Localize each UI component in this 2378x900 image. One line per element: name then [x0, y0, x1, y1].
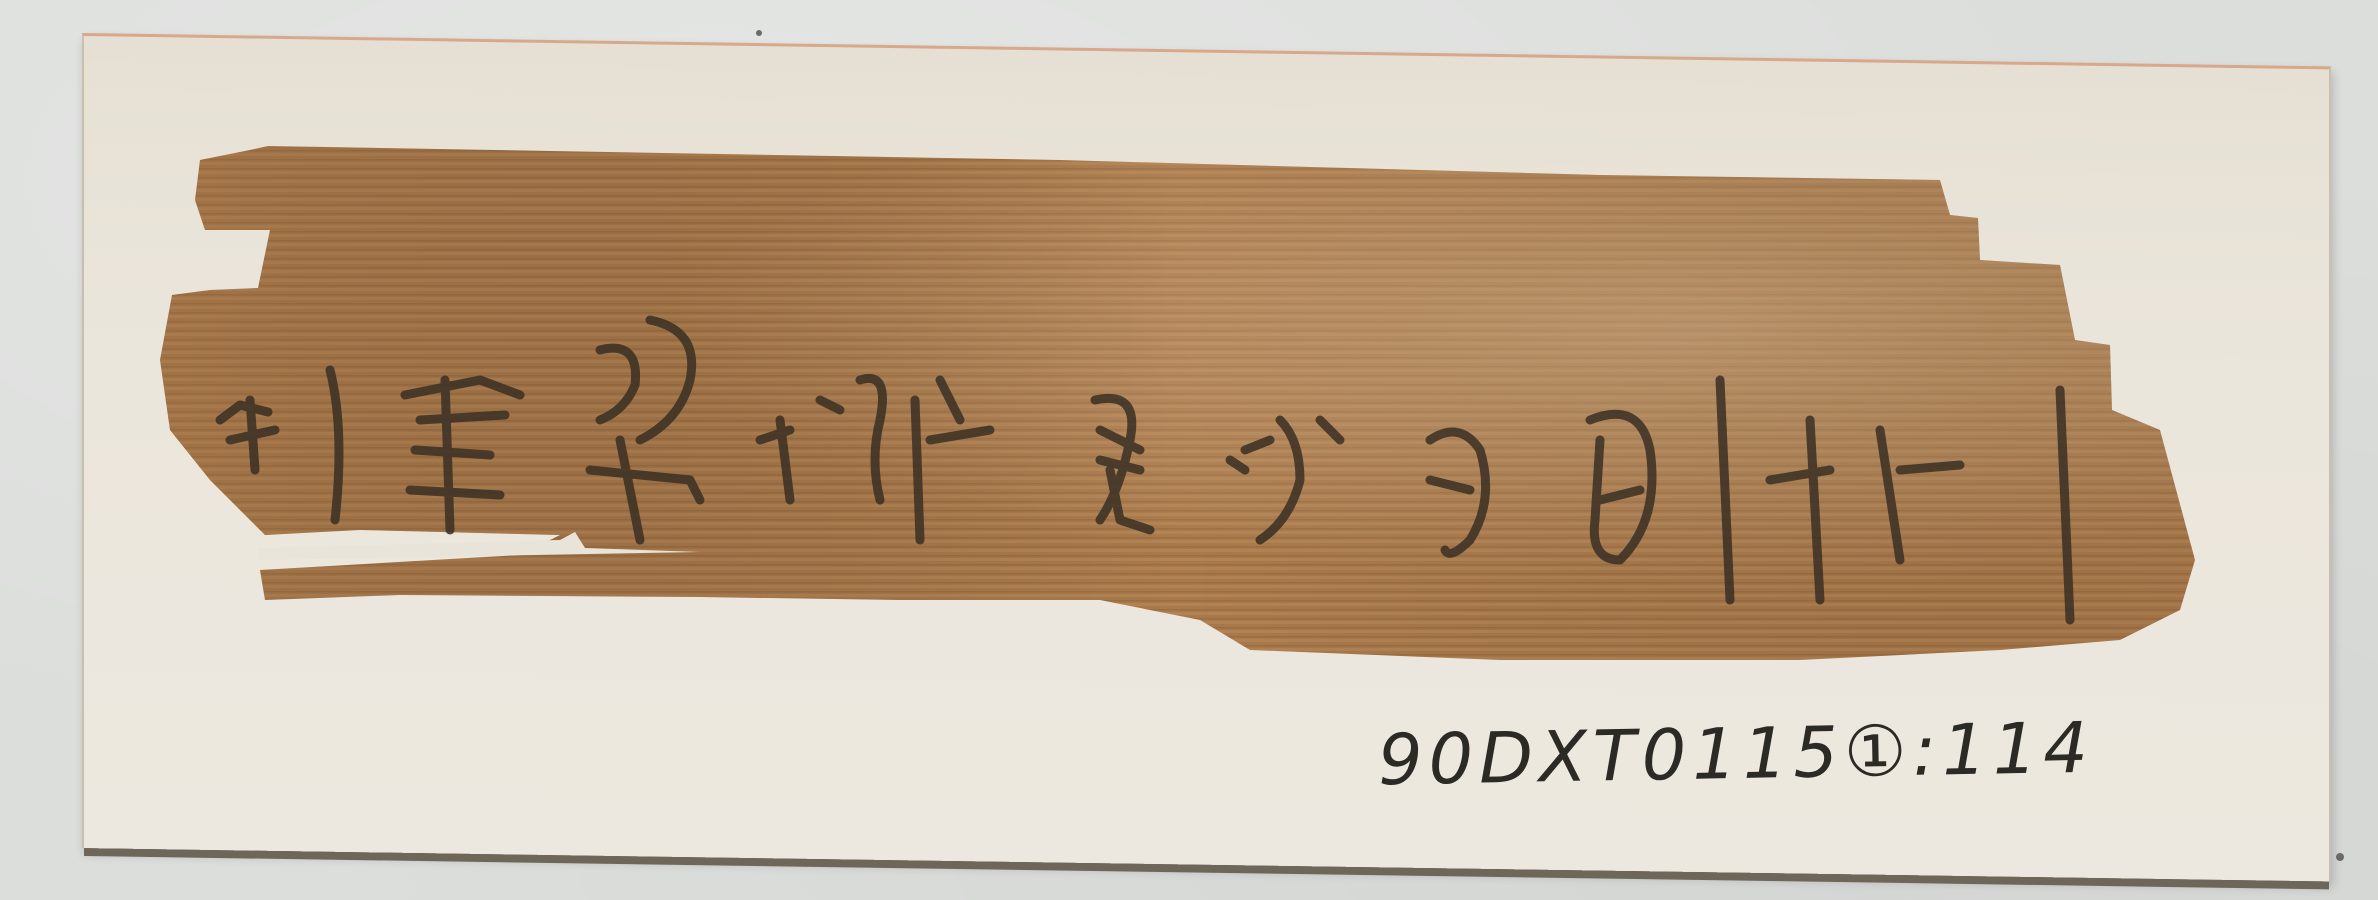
fragment-body	[160, 146, 2195, 660]
speck	[2336, 853, 2344, 861]
speck	[756, 30, 762, 36]
catalog-number-label: 90DXT0115①:114	[1377, 707, 2094, 801]
